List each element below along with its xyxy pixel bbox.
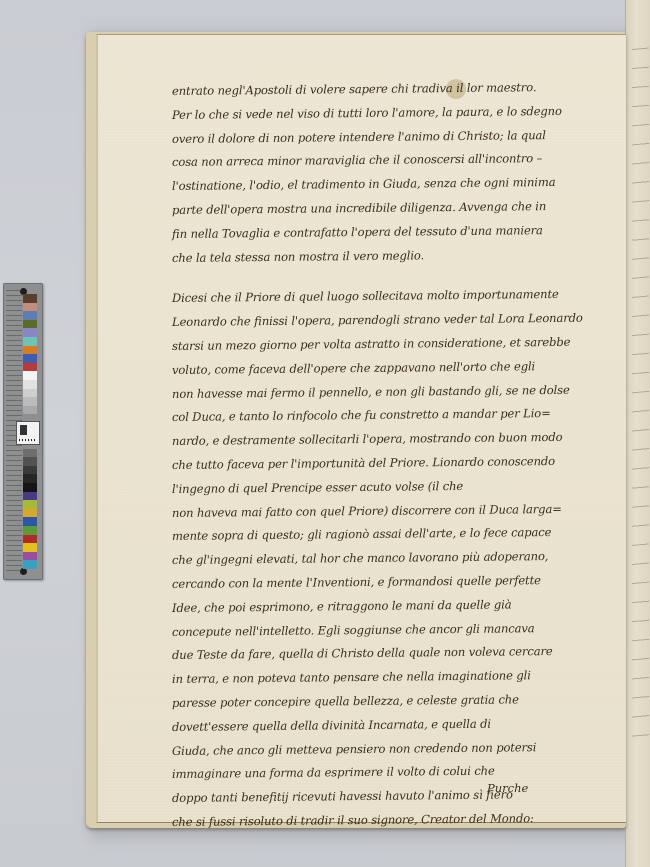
facing-page-edge [625,0,650,867]
color-swatch [23,363,37,372]
color-swatch [23,354,37,363]
color-swatch [23,517,37,526]
color-swatch [23,337,37,346]
color-swatch [23,552,37,561]
color-swatch [23,406,37,415]
color-swatch [23,346,37,355]
color-swatch [23,449,37,458]
color-swatch [23,371,37,380]
color-swatch [23,535,37,544]
color-swatch [23,328,37,337]
color-swatch [23,500,37,509]
color-swatch [23,389,37,398]
manuscript-text: entrato negl'Apostoli di volere sapere c… [172,80,592,835]
color-swatch [23,509,37,518]
color-swatch [23,560,37,569]
paragraph-1: entrato negl'Apostoli di volere sapere c… [172,80,592,270]
color-swatch [23,397,37,406]
color-swatch [23,492,37,501]
facing-page-handwriting [632,40,649,747]
color-swatch [23,380,37,389]
color-swatch [23,543,37,552]
catchword: Purche [487,781,528,795]
color-swatch [23,311,37,320]
text-line: che si fussi risoluto di tradir il suo s… [172,807,592,835]
color-swatch [23,466,37,475]
text-line: che la tela stessa non mostra il vero me… [172,242,592,270]
color-swatch [23,303,37,312]
color-swatch [23,320,37,329]
color-calibration-target [3,283,43,580]
color-swatch [23,294,37,303]
barcode-label [16,421,40,445]
color-swatch [23,483,37,492]
paragraph-2: Dicesi che il Priore di quel luogo solle… [172,287,592,834]
color-swatch [23,474,37,483]
scan-scene: entrato negl'Apostoli di volere sapere c… [0,0,650,867]
color-swatch [23,526,37,535]
color-swatch [23,457,37,466]
